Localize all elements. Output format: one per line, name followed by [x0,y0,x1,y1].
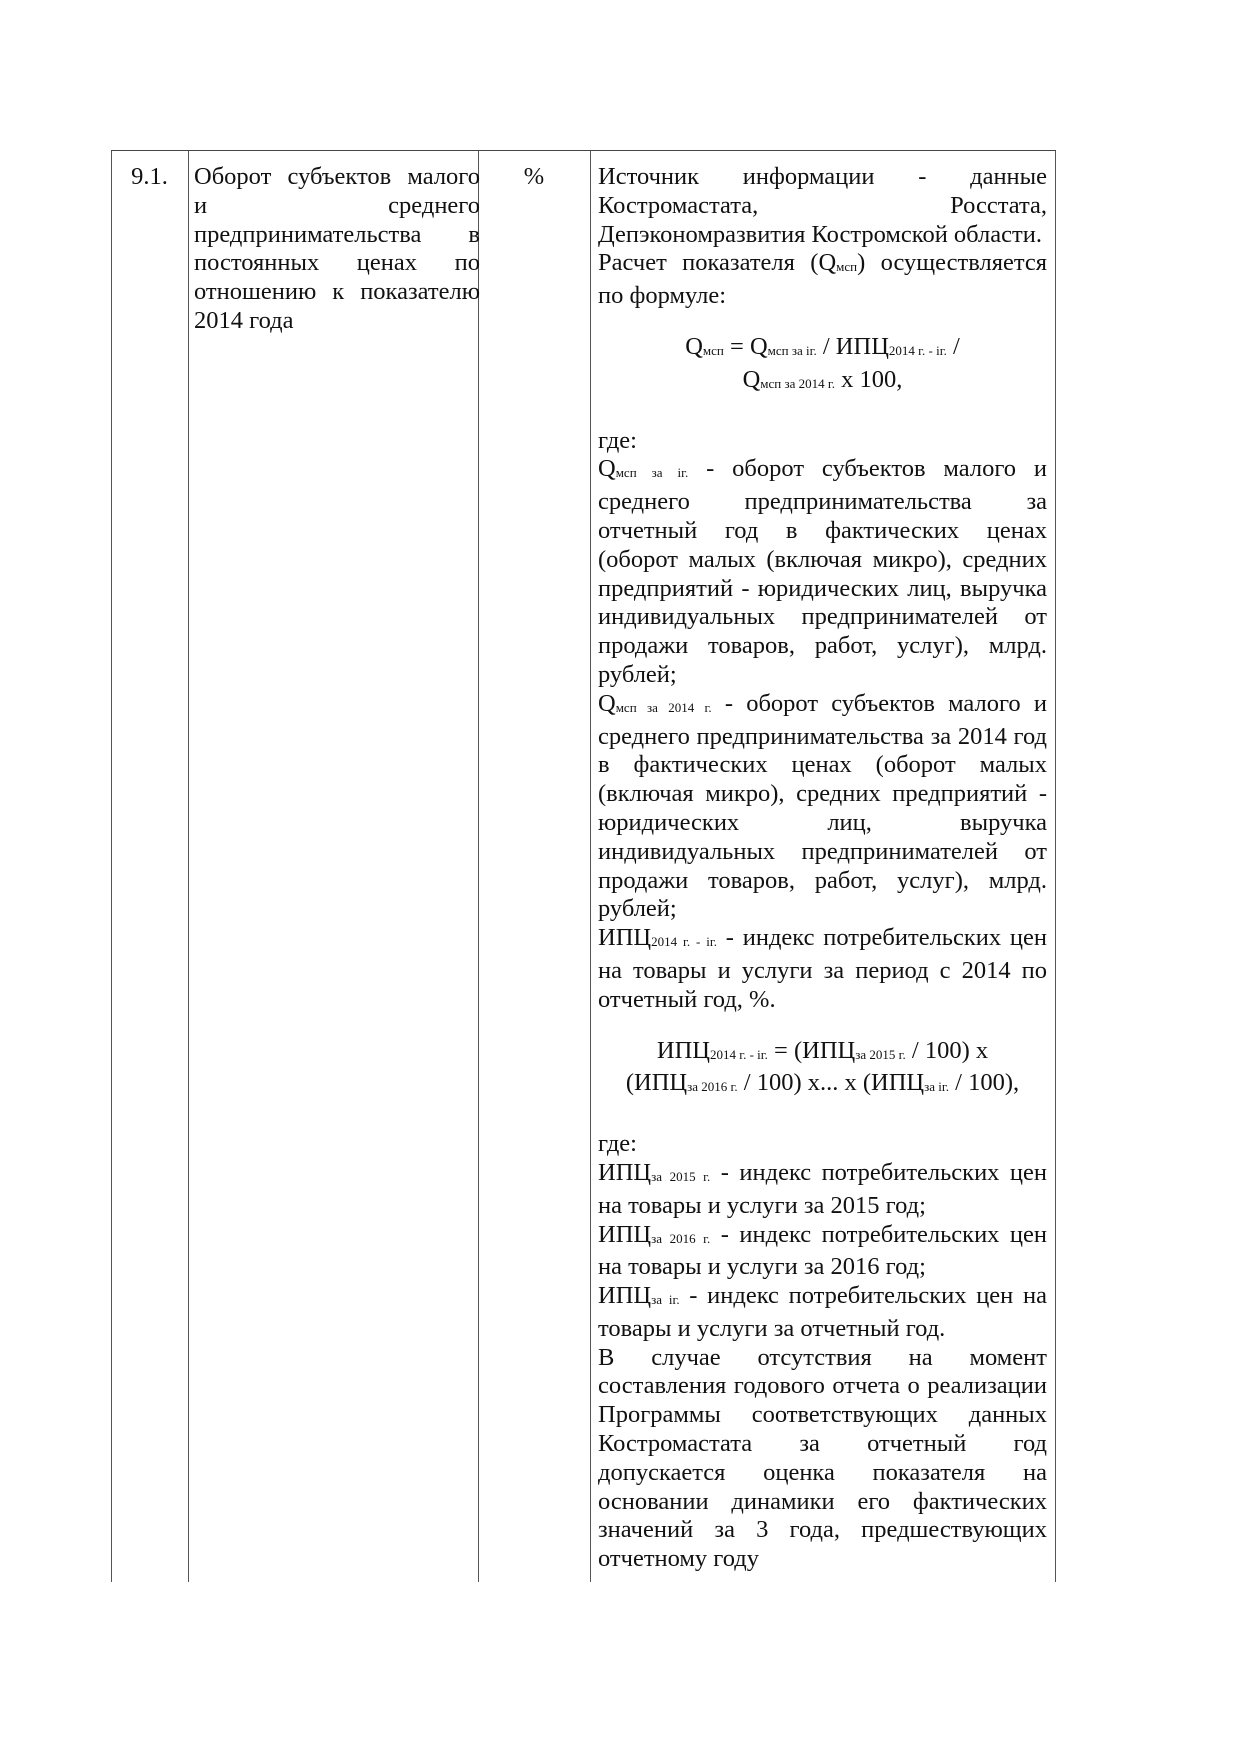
definition-symbol: Q [598,690,616,717]
definition-item: Qмсп за 2014 г. - оборот субъектов малог… [598,690,1047,924]
definitions-list-1: Qмсп за iг. - оборот субъектов малого и … [598,455,1047,1014]
indicator-name-line: постоянных ценах по [194,249,480,278]
definition-text: - оборот субъектов малого и среднего пре… [598,455,1047,688]
definition-symbol: ИПЦ [598,924,651,951]
definition-item: ИПЦза 2015 г. - индекс потребительских ц… [598,1159,1047,1221]
definition-symbol: Q [598,455,616,482]
where-label: где: [598,1130,1047,1159]
column-divider-3 [590,151,591,1582]
table-border-left [111,151,112,1582]
indicator-name-line: отношению к показателю [194,278,480,307]
formula-line: ИПЦ2014 г. - iг. = (ИПЦза 2015 г. / 100)… [657,1037,988,1064]
formula-qmsp: Qмсп = Qмсп за iг. / ИПЦ2014 г. - iг. / … [598,333,1047,399]
definitions-list-2: ИПЦза 2015 г. - индекс потребительских ц… [598,1159,1047,1344]
row-number: 9.1. [131,163,168,190]
definition-text: - оборот субъектов малого и среднего пре… [598,690,1047,923]
indicator-name-line: Оборот субъектов малого [194,163,480,192]
unit-cell: % [478,163,590,192]
calculation-method-cell: Источник информации - данные Костромаста… [598,163,1047,1574]
column-divider-1 [188,151,189,1582]
definition-item: ИПЦза 2016 г. - индекс потребительских ц… [598,1221,1047,1283]
where-label: где: [598,427,1047,456]
column-divider-2 [478,151,479,1582]
unit-value: % [524,163,544,190]
definition-item: ИПЦ2014 г. - iг. - индекс потребительски… [598,924,1047,1014]
calc-intro: Расчет показателя (Qмсп) осуществляется … [598,249,1047,311]
definition-item: ИПЦза iг. - индекс потребительских цен н… [598,1282,1047,1344]
definition-symbol: ИПЦ [598,1282,651,1309]
definition-symbol: ИПЦ [598,1159,651,1186]
formula-ipc: ИПЦ2014 г. - iг. = (ИПЦза 2015 г. / 100)… [598,1037,1047,1103]
definition-symbol: ИПЦ [598,1221,651,1248]
indicator-name-cell: Оборот субъектов малого и среднего предп… [194,163,480,336]
indicator-table: 9.1. Оборот субъектов малого и среднего … [111,150,1056,1582]
definition-text: - индекс потребительских цен на товары и… [598,1159,1047,1219]
definition-item: Qмсп за iг. - оборот субъектов малого и … [598,455,1047,689]
table-border-right [1055,151,1056,1582]
formula-line: Qмсп за 2014 г. x 100, [743,366,903,393]
estimation-note: В случае отсутствия на момент составлени… [598,1344,1047,1574]
formula-line: Qмсп = Qмсп за iг. / ИПЦ2014 г. - iг. / [685,333,960,360]
indicator-name-line: и среднего [194,192,480,221]
document-page: 9.1. Оборот субъектов малого и среднего … [0,0,1240,1754]
source-text: Источник информации - данные Костромаста… [598,163,1047,249]
indicator-name-line: предпринимательства в [194,221,480,250]
indicator-name-line: 2014 года [194,307,480,336]
definition-text: - индекс потребительских цен на товары и… [598,1221,1047,1281]
formula-line: (ИПЦза 2016 г. / 100) x... x (ИПЦза iг. … [626,1069,1019,1096]
row-number-cell: 9.1. [111,163,188,192]
